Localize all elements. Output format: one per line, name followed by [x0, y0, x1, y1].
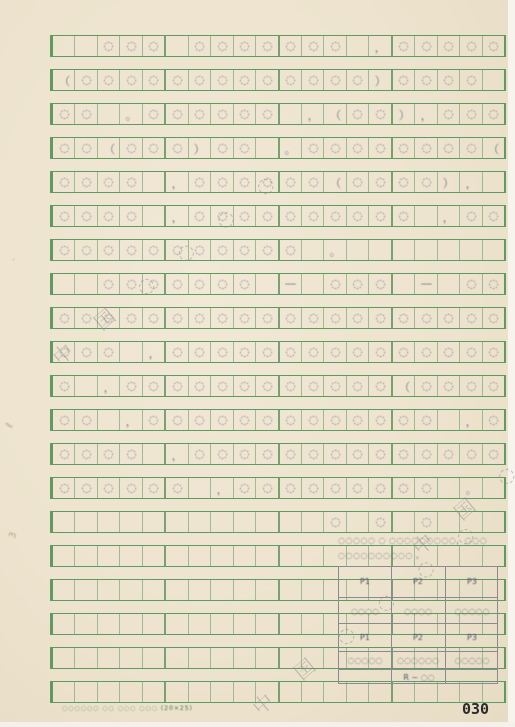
grid-cell: ◌ [256, 308, 279, 328]
grid-cell: ◌ [460, 104, 482, 124]
grid-cell [98, 614, 120, 634]
grid-cell [75, 614, 97, 634]
grid-cell [53, 274, 75, 294]
grid-cell [256, 512, 279, 532]
grid-cell [280, 104, 302, 124]
grid-cell: ◌ [460, 308, 482, 328]
grid-cell: ◌ [393, 172, 415, 192]
grid-cell [256, 614, 279, 634]
grid-cell: ◌ [256, 36, 279, 56]
grid-cell: ◌ [369, 376, 392, 396]
grid-cell: 。 [280, 138, 302, 158]
grid-cell [438, 274, 460, 294]
grid-cell: ◌ [75, 240, 97, 260]
grid-cell [75, 376, 97, 396]
grid-row: （◌◌◌◌◌◌◌◌◌◌◌◌◌）◌◌◌◌ [50, 69, 506, 91]
grid-cell: ， [166, 206, 188, 226]
grid-cell: ◌ [211, 172, 233, 192]
grid-cell: ◌ [234, 478, 256, 498]
grid-cell [166, 682, 188, 702]
grid-cell: ， [460, 172, 482, 192]
grid-cell: ◌ [393, 206, 415, 226]
grid-cell [143, 614, 166, 634]
grid-cell [211, 682, 233, 702]
grid-cell: ◌ [166, 342, 188, 362]
grid-cell: ◌ [460, 70, 482, 90]
grid-cell: ◌ [369, 138, 392, 158]
grid-cell [166, 648, 188, 668]
grid-cell: ◌ [302, 206, 324, 226]
grid-cell: ◌ [369, 308, 392, 328]
grid-cell: ◌ [166, 70, 188, 90]
grid-cell: ◌ [280, 36, 302, 56]
grid-cell: ◌ [211, 274, 233, 294]
grid-cell [234, 580, 256, 600]
grid-cell: ◌ [143, 308, 166, 328]
grid-cell: ◌ [347, 444, 369, 464]
grid-row: ◌◌◌◌◌◌，◌◌◌◌◌◌◌◌◌。 [50, 477, 506, 499]
grid-cell: ◌ [75, 172, 97, 192]
grid-cell [211, 546, 233, 566]
grid-cell: ◌ [189, 104, 211, 124]
grid-cell [234, 614, 256, 634]
grid-cell [483, 172, 504, 192]
grid-cell [280, 614, 302, 634]
page-number: 030 [462, 700, 489, 718]
grid-cell: ◌ [347, 172, 369, 192]
grid-cell: ◌ [234, 274, 256, 294]
grid-cell: ◌ [483, 36, 504, 56]
grid-cell: 。 [120, 104, 142, 124]
grid-cell: ◌ [53, 240, 75, 260]
grid-cell: ◌ [393, 70, 415, 90]
grid-cell: ◌ [120, 172, 142, 192]
grid-cell: ◌ [98, 206, 120, 226]
grid-cell: ◌ [211, 410, 233, 430]
grid-cell: ◌ [280, 308, 302, 328]
grid-cell: ◌ [483, 206, 504, 226]
note-table: P1 P2 P3 ◌◌◌◌ ◌◌◌◌ ◌◌◌◌◌ P1 P2 P3 ◌◌◌◌◌ … [338, 566, 498, 684]
grid-cell: ◌ [280, 206, 302, 226]
grid-cell: ◌ [438, 36, 460, 56]
grid-cell [98, 648, 120, 668]
grid-cell: ◌ [393, 478, 415, 498]
grid-cell [53, 512, 75, 532]
grid-cell: ◌ [324, 36, 346, 56]
grid-cell [75, 36, 97, 56]
grid-cell [75, 648, 97, 668]
grid-cell: ◌ [347, 376, 369, 396]
grid-cell: ◌ [143, 36, 166, 56]
grid-cell: ◌ [460, 376, 482, 396]
grid-cell: ） [438, 172, 460, 192]
grid-cell: ◌ [211, 36, 233, 56]
grid-cell: ◌ [369, 206, 392, 226]
grid-cell: ◌ [143, 376, 166, 396]
grid-cell: ◌ [189, 376, 211, 396]
grid-cell [98, 104, 120, 124]
grid-cell [143, 512, 166, 532]
table-header-2: P2 [392, 577, 444, 586]
grid-cell [143, 444, 166, 464]
table-header-1: P1 [339, 577, 391, 586]
grid-cell: ◌ [98, 36, 120, 56]
grid-cell [302, 274, 324, 294]
grid-cell: ◌ [211, 376, 233, 396]
grid-cell: ◌ [438, 70, 460, 90]
grid-cell: ◌ [53, 104, 75, 124]
grid-row: ◌◌◌◌，◌◌◌◌◌◌◌◌◌◌，◌◌ [50, 205, 506, 227]
grid-cell: ◌ [234, 308, 256, 328]
grid-cell: ◌ [234, 70, 256, 90]
grid-cell [280, 580, 302, 600]
grid-cell: ◌ [483, 342, 504, 362]
grid-cell: ◌ [75, 444, 97, 464]
grid-cell [189, 580, 211, 600]
grid-cell: ◌ [211, 70, 233, 90]
grid-cell [302, 614, 324, 634]
page-bottom-edge [0, 722, 515, 727]
grid-cell: ， [166, 444, 188, 464]
grid-cell [189, 546, 211, 566]
grid-cell: ◌ [347, 274, 369, 294]
grid-cell: ◌ [166, 376, 188, 396]
grid-cell [120, 614, 142, 634]
grid-cell: ◌ [120, 138, 142, 158]
grid-cell [483, 682, 504, 702]
grid-cell: ◌ [98, 478, 120, 498]
grid-cell: ◌ [53, 172, 75, 192]
grid-cell: ◌ [347, 70, 369, 90]
grid-cell: ， [415, 104, 437, 124]
table-subheader-3: P3 [446, 633, 498, 642]
grid-cell: ◌ [369, 512, 392, 532]
grid-cell [98, 682, 120, 702]
grid-cell [166, 546, 188, 566]
grid-cell: （ [483, 138, 504, 158]
grid-cell [393, 274, 415, 294]
grid-cell [483, 70, 504, 90]
grid-cell: ◌ [189, 342, 211, 362]
grid-cell [120, 580, 142, 600]
grid-cell: ◌ [120, 240, 142, 260]
grid-cell: ◌ [324, 342, 346, 362]
grid-cell [393, 512, 415, 532]
grid-cell [415, 206, 437, 226]
grid-cell: ◌ [75, 206, 97, 226]
grid-cell [143, 172, 166, 192]
grid-cell: ◌ [280, 478, 302, 498]
grid-cell: ◌ [256, 478, 279, 498]
grid-cell: ◌ [120, 206, 142, 226]
grid-cell: ◌ [280, 240, 302, 260]
grid-cell: ◌ [302, 138, 324, 158]
grid-cell [256, 580, 279, 600]
grid-cell: ◌ [460, 206, 482, 226]
grid-cell [302, 546, 324, 566]
grid-cell: ◌ [483, 376, 504, 396]
grid-cell: ◌ [347, 104, 369, 124]
grid-cell: ◌ [302, 308, 324, 328]
grid-cell: ◌ [324, 206, 346, 226]
grid-cell [98, 546, 120, 566]
grid-cell: ◌ [75, 410, 97, 430]
grid-cell: ◌ [53, 410, 75, 430]
grid-cell [53, 546, 75, 566]
grid-cell: ◌ [393, 308, 415, 328]
grid-cell [53, 682, 75, 702]
grid-cell: ◌ [324, 274, 346, 294]
grid-cell: ◌ [53, 206, 75, 226]
grid-cell: ◌ [280, 410, 302, 430]
grid-cell: ◌ [460, 444, 482, 464]
grid-cell [53, 36, 75, 56]
grid-cell: （ [98, 138, 120, 158]
grid-cell [211, 512, 233, 532]
grid-cell [460, 240, 482, 260]
grid-cell [120, 342, 142, 362]
grid-cell: ◌ [324, 512, 346, 532]
grid-cell [347, 512, 369, 532]
paper-imprint: ◌◌◌◌◌◌ ◌◌ ◌◌◌ ◌◌◌ (20×25) [62, 705, 193, 712]
grid-cell: ， [98, 376, 120, 396]
grid-cell: ◌ [53, 138, 75, 158]
grid-cell: ◌ [393, 444, 415, 464]
grid-cell [324, 682, 346, 702]
grid-cell [234, 512, 256, 532]
grid-cell [75, 274, 97, 294]
grid-cell: ◌ [120, 70, 142, 90]
grid-cell: ◌ [211, 138, 233, 158]
grid-cell: ◌ [120, 444, 142, 464]
grid-cell: ◌ [369, 172, 392, 192]
grid-cell: ◌ [98, 240, 120, 260]
grid-cell [98, 410, 120, 430]
grid-cell [166, 512, 188, 532]
grid-cell [256, 138, 279, 158]
side-note-line-2: ◌◌◌◌◌◌◌◌◌◌ 。 [338, 550, 424, 561]
grid-cell: ◌ [415, 36, 437, 56]
grid-cell: ◌ [256, 206, 279, 226]
grid-cell [53, 648, 75, 668]
grid-cell: ◌ [415, 138, 437, 158]
grid-cell: ◌ [347, 138, 369, 158]
grid-row: ◌◌◌◌◌◌◌◌◌◌，◌◌◌◌◌ [50, 35, 506, 57]
grid-cell: ◌ [438, 104, 460, 124]
grid-cell [280, 512, 302, 532]
grid-cell: ◌ [234, 376, 256, 396]
grid-cell: ， [120, 410, 142, 430]
table-subheader-1: P1 [339, 633, 391, 642]
grid-cell: ◌ [166, 478, 188, 498]
grid-cell [234, 546, 256, 566]
grid-row: ◌◌◌◌◌◌◌◌◌◌◌。 [50, 239, 506, 261]
grid-row: ◌◌◌◌，◌◌◌◌◌◌◌◌◌◌◌◌◌◌ [50, 443, 506, 465]
grid-cell: ◌ [98, 342, 120, 362]
grid-cell: ◌ [166, 308, 188, 328]
grid-cell: ◌ [302, 172, 324, 192]
grid-cell: ） [393, 104, 415, 124]
grid-cell [166, 614, 188, 634]
grid-cell: ◌ [347, 410, 369, 430]
grid-cell: ◌ [98, 70, 120, 90]
grid-cell: ◌ [324, 478, 346, 498]
grid-cell: ◌ [189, 444, 211, 464]
grid-cell: ◌ [234, 104, 256, 124]
grid-cell: ◌ [324, 70, 346, 90]
grid-cell [347, 682, 369, 702]
grid-cell: （ [393, 376, 415, 396]
grid-cell: ◌ [369, 274, 392, 294]
grid-cell: ◌ [347, 342, 369, 362]
grid-cell: ◌ [189, 172, 211, 192]
grid-cell: ◌ [483, 308, 504, 328]
grid-cell: ◌ [256, 376, 279, 396]
table-cell: ◌◌◌◌ [392, 607, 444, 616]
grid-cell: ◌ [369, 342, 392, 362]
grid-cell: （ [324, 104, 346, 124]
grid-cell [438, 410, 460, 430]
grid-cell [211, 648, 233, 668]
grid-cell: ◌ [302, 70, 324, 90]
grid-cell [302, 512, 324, 532]
grid-cell [438, 682, 460, 702]
grid-cell: ◌ [211, 342, 233, 362]
grid-cell [53, 614, 75, 634]
grid-cell: ◌ [483, 274, 504, 294]
grid-cell: — [280, 274, 302, 294]
grid-cell: — [415, 274, 437, 294]
table-footer: R ~ ◌◌ [369, 673, 469, 682]
grid-cell: ） [369, 70, 392, 90]
grid-cell [256, 546, 279, 566]
grid-cell: ◌ [324, 376, 346, 396]
grid-cell: ◌ [143, 138, 166, 158]
grid-cell [98, 580, 120, 600]
grid-cell: ◌ [53, 444, 75, 464]
grid-cell: ， [166, 172, 188, 192]
grid-cell: ◌ [75, 104, 97, 124]
grid-cell: ◌ [415, 70, 437, 90]
grid-cell: ◌ [369, 410, 392, 430]
grid-cell: ◌ [166, 138, 188, 158]
grid-row: ◌◌，◌◌◌◌◌◌◌◌◌◌◌◌◌，◌ [50, 409, 506, 431]
grid-cell [53, 580, 75, 600]
grid-cell: ◌ [166, 410, 188, 430]
grid-cell: ◌ [75, 478, 97, 498]
grid-cell: ◌ [189, 36, 211, 56]
grid-cell: ） [189, 138, 211, 158]
grid-cell: ◌ [324, 138, 346, 158]
grid-cell: ◌ [415, 308, 437, 328]
grid-cell: ◌ [438, 138, 460, 158]
grid-cell: ◌ [483, 104, 504, 124]
grid-cell: ◌ [189, 308, 211, 328]
grid-cell: ◌ [211, 308, 233, 328]
grid-cell: ◌ [256, 240, 279, 260]
grid-cell [120, 682, 142, 702]
grid-cell: ◌ [234, 240, 256, 260]
grid-cell: ◌ [393, 36, 415, 56]
grid-cell: ◌ [302, 410, 324, 430]
grid-cell: ◌ [415, 376, 437, 396]
grid-cell: 。 [324, 240, 346, 260]
grid-row: ◌◌◌，◌◌◌◌◌◌◌◌◌◌◌◌◌◌◌ [50, 341, 506, 363]
grid-cell [438, 240, 460, 260]
grid-cell [483, 240, 504, 260]
grid-cell: ◌ [189, 274, 211, 294]
grid-cell: ◌ [234, 138, 256, 158]
grid-cell: ◌ [256, 444, 279, 464]
grid-cell [211, 580, 233, 600]
grid-cell: （ [324, 172, 346, 192]
grid-cell: ◌ [189, 410, 211, 430]
grid-cell [189, 648, 211, 668]
grid-cell [256, 274, 279, 294]
grid-cell [234, 648, 256, 668]
grid-cell: ◌ [460, 36, 482, 56]
grid-cell: ◌ [460, 342, 482, 362]
grid-cell: ◌ [302, 444, 324, 464]
grid-cell [211, 614, 233, 634]
grid-cell [189, 478, 211, 498]
grid-cell: ◌ [256, 70, 279, 90]
grid-cell [393, 240, 415, 260]
grid-cell: ◌ [280, 444, 302, 464]
grid-cell: ， [438, 206, 460, 226]
grid-cell: ◌ [256, 342, 279, 362]
grid-cell: ◌ [438, 444, 460, 464]
grid-cell [143, 648, 166, 668]
grid-cell [256, 648, 279, 668]
grid-cell: ◌ [324, 308, 346, 328]
grid-cell: ◌ [415, 172, 437, 192]
grid-cell [302, 580, 324, 600]
grid-cell: ◌ [415, 410, 437, 430]
grid-cell [75, 512, 97, 532]
grid-cell: ◌ [393, 410, 415, 430]
grid-cell: ◌ [280, 376, 302, 396]
grid-cell [98, 512, 120, 532]
grid-cell: ◌ [438, 342, 460, 362]
grid-cell [143, 206, 166, 226]
grid-cell: ◌ [347, 308, 369, 328]
grid-cell: ◌ [234, 410, 256, 430]
grid-cell: ◌ [347, 206, 369, 226]
grid-cell: ◌ [120, 36, 142, 56]
grid-cell: ◌ [256, 410, 279, 430]
grid-cell: ， [302, 104, 324, 124]
grid-cell: ◌ [120, 478, 142, 498]
grid-cell: ◌ [302, 478, 324, 498]
grid-cell [369, 682, 392, 702]
grid-cell: ◌ [256, 104, 279, 124]
grid-cell: ◌ [438, 308, 460, 328]
grid-cell [189, 512, 211, 532]
grid-cell: ◌ [347, 478, 369, 498]
grid-cell: ， [460, 410, 482, 430]
grid-cell [143, 580, 166, 600]
grid-cell: ◌ [280, 70, 302, 90]
grid-cell: ◌ [143, 70, 166, 90]
grid-cell [75, 682, 97, 702]
grid-cell: ◌ [120, 376, 142, 396]
grid-cell: ◌ [415, 444, 437, 464]
grid-cell [460, 682, 482, 702]
grid-cell: ， [369, 36, 392, 56]
grid-cell: ◌ [98, 444, 120, 464]
grid-cell [415, 682, 437, 702]
